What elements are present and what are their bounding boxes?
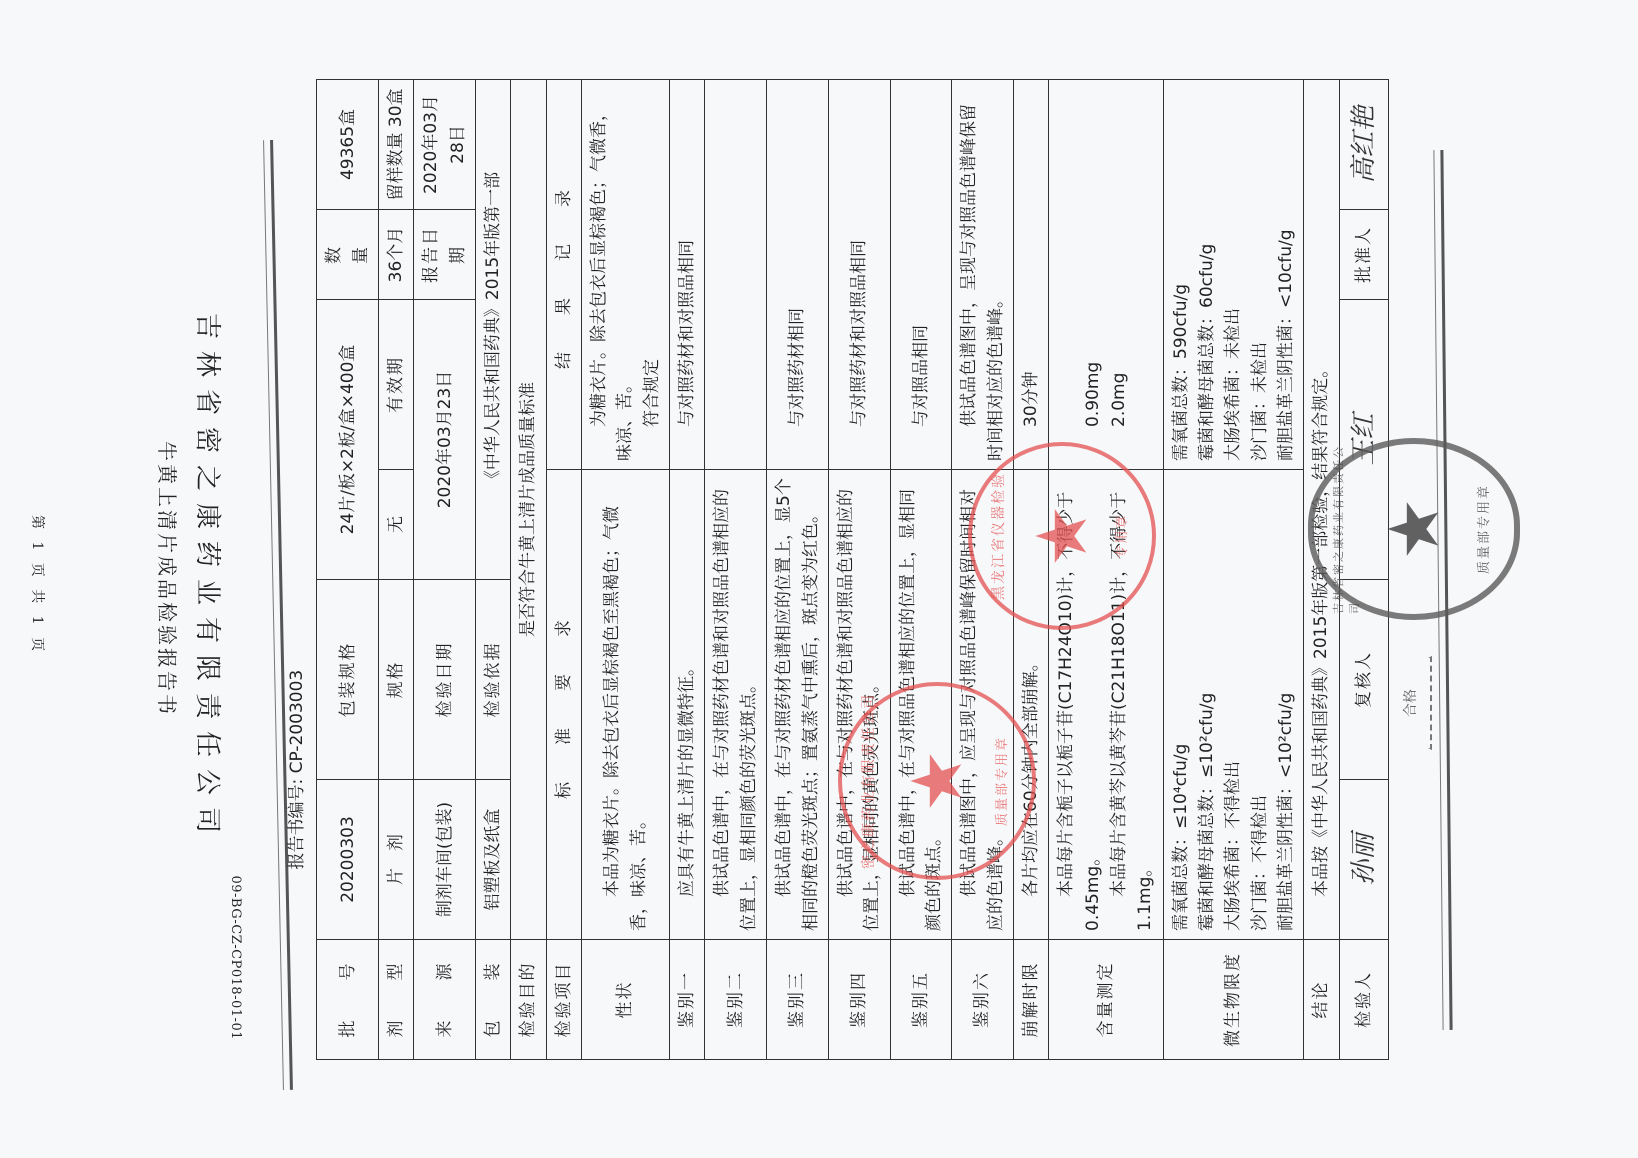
result-record: 与对照品相同 xyxy=(890,79,952,469)
result-record: 需氧菌总数：590cfu/g霉菌和酵母菌总数：60cfu/g大肠埃希菌：未检出沙… xyxy=(1163,79,1304,469)
table-row: 鉴别三供试品色谱中，在与对照药材色谱相应的位置上，显5个相同的橙色荧光斑点；置氨… xyxy=(767,79,829,1059)
info-row-source: 来 源 制剂车间(包装) 检验日期 2020年03月23日 报告日期 2020年… xyxy=(414,79,476,1059)
standard-requirement: 应具有牛黄上清片的显微特征。 xyxy=(670,470,705,940)
table-row: 鉴别四供试品色谱中，在与对照药材色谱和对照品色谱相应的位置上，显相同的黄色荧光斑… xyxy=(828,79,890,1059)
table-row: 鉴别一应具有牛黄上清片的显微特征。与对照药材和对照品相同 xyxy=(670,79,705,1059)
test-purpose: 是否符合牛黄上清片成品质量标准 xyxy=(511,79,546,939)
report-date: 2020年03月28日 xyxy=(414,79,476,209)
result-record: 0.90mg2.0mg xyxy=(1049,79,1163,469)
packaging: 铝塑板及纸盒 xyxy=(476,780,511,940)
test-basis: 《中华人民共和国药典》2015年版第一部 xyxy=(476,79,511,579)
star-icon: ★ xyxy=(1379,498,1449,561)
info-row-batch: 批 号 20200303 包装规格 24片/板×2板/盒×400盒 数 量 49… xyxy=(317,79,379,1059)
report-table: 报告书编号: CP-2003003 批 号 20200303 包装规格 24片/… xyxy=(278,79,1389,1060)
form-code: 09-BG-CZ-CP018-01-01 xyxy=(228,876,243,1041)
report-number: 报告书编号: CP-2003003 xyxy=(278,79,317,1059)
retain-qty: 30盒 xyxy=(386,88,406,127)
test-date: 2020年03月23日 xyxy=(414,300,476,580)
test-item: 鉴别二 xyxy=(705,940,767,1060)
test-item: 含量测定 xyxy=(1049,940,1163,1060)
standard-requirement: 供试品色谱中，在与对照药材色谱相应的位置上，显5个相同的橙色荧光斑点；置氨蒸气中… xyxy=(767,470,829,940)
dosage-form: 片 剂 xyxy=(379,780,414,940)
col-item: 检验项目 xyxy=(546,940,581,1060)
report-title: 牛黄上清片成品检验报告书 xyxy=(154,0,183,1158)
test-item: 鉴别六 xyxy=(952,940,1014,1060)
scanned-report-page: 吉林省密之康药业有限责任公司 牛黄上清片成品检验报告书 09-BG-CZ-CP0… xyxy=(0,0,1638,1158)
result-record: 供试品色谱图中，呈现与对照品色谱峰保留时间相对应的色谱峰。 xyxy=(952,79,1014,469)
info-row-package: 包 装 铝塑板及纸盒 检验依据 《中华人民共和国药典》2015年版第一部 xyxy=(476,79,511,1059)
table-row: 鉴别五供试品色谱中，在与对照品色谱相应的位置上，显相同颜色的斑点。与对照品相同 xyxy=(890,79,952,1059)
column-header-row: 检验项目 标 准 要 求 结 果 记 录 xyxy=(546,79,581,1059)
test-item: 鉴别四 xyxy=(828,940,890,1060)
specification: 无 xyxy=(379,470,414,580)
table-row: 鉴别二供试品色谱中，在与对照药材色谱和对照品色谱相应的位置上，显相同颜色的荧光斑… xyxy=(705,79,767,1059)
test-item: 鉴别一 xyxy=(670,940,705,1060)
pack-spec: 24片/板×2板/盒×400盒 xyxy=(317,300,379,580)
col-result: 结 果 记 录 xyxy=(546,79,581,469)
standard-requirement: 供试品色谱中，在与对照药材色谱和对照品色谱相应的位置上，显相同颜色的荧光斑点。 xyxy=(705,470,767,940)
test-item: 微生物限度 xyxy=(1163,940,1304,1060)
col-standard: 标 准 要 求 xyxy=(546,470,581,940)
test-item: 崩解时限 xyxy=(1013,940,1048,1060)
result-record xyxy=(705,79,767,469)
page-number: 第 1 页 共 1 页 xyxy=(28,515,48,655)
info-row-purpose: 检验目的 是否符合牛黄上清片成品质量标准 xyxy=(511,79,546,1059)
result-record: 与对照药材和对照品相同 xyxy=(828,79,890,469)
result-record: 与对照药材和对照品相同 xyxy=(670,79,705,469)
red-inspection-stamp: 黑龙江省仪器检验 ★ 专用章 xyxy=(968,442,1156,630)
company-name: 吉林省密之康药业有限责任公司 xyxy=(191,0,228,1158)
expiry: 36个月 xyxy=(379,210,414,300)
gray-quality-stamp: 吉林省密之康药业有限责任公司 ★ 质量部专用章 xyxy=(1308,438,1520,620)
test-item: 鉴别三 xyxy=(767,940,829,1060)
report-body: 报告书编号: CP-2003003 批 号 20200303 包装规格 24片/… xyxy=(278,80,1568,1060)
star-icon: ★ xyxy=(902,750,972,813)
result-record: 30分钟 xyxy=(1013,79,1048,469)
inspector-signature: 孙丽 xyxy=(1339,780,1388,940)
quantity: 49365盒 xyxy=(317,79,379,209)
standard-requirement: 需氧菌总数：≤10⁴cfu/g霉菌和酵母菌总数：≤10²cfu/g大肠埃希菌：不… xyxy=(1163,470,1304,940)
result-record: 与对照药材相同 xyxy=(767,79,829,469)
test-item: 鉴别五 xyxy=(890,940,952,1060)
result-record: 为糖衣片。除去包衣后显棕褐色；气微香，味凉、苦。符合规定 xyxy=(582,79,670,469)
table-row: 微生物限度需氧菌总数：≤10⁴cfu/g霉菌和酵母菌总数：≤10²cfu/g大肠… xyxy=(1163,79,1304,1059)
approver-signature: 高红艳 xyxy=(1339,79,1388,209)
source: 制剂车间(包装) xyxy=(414,780,476,940)
standard-requirement: 本品为糖衣片。除去包衣后显棕褐色至黑褐色；气微香，味凉、苦。 xyxy=(582,470,670,940)
table-row: 性状本品为糖衣片。除去包衣后显棕褐色至黑褐色；气微香，味凉、苦。为糖衣片。除去包… xyxy=(582,79,670,1059)
star-icon: ★ xyxy=(1027,505,1097,568)
info-row-dosage: 剂 型 片 剂 规格 无 有效期 36个月 留样数量 30盒 xyxy=(379,79,414,1059)
test-item: 性状 xyxy=(582,940,670,1060)
batch-number: 20200303 xyxy=(317,780,379,940)
red-quality-stamp: 密之康药业有限责任公司 ★ 质量部专用章 xyxy=(838,682,1036,880)
